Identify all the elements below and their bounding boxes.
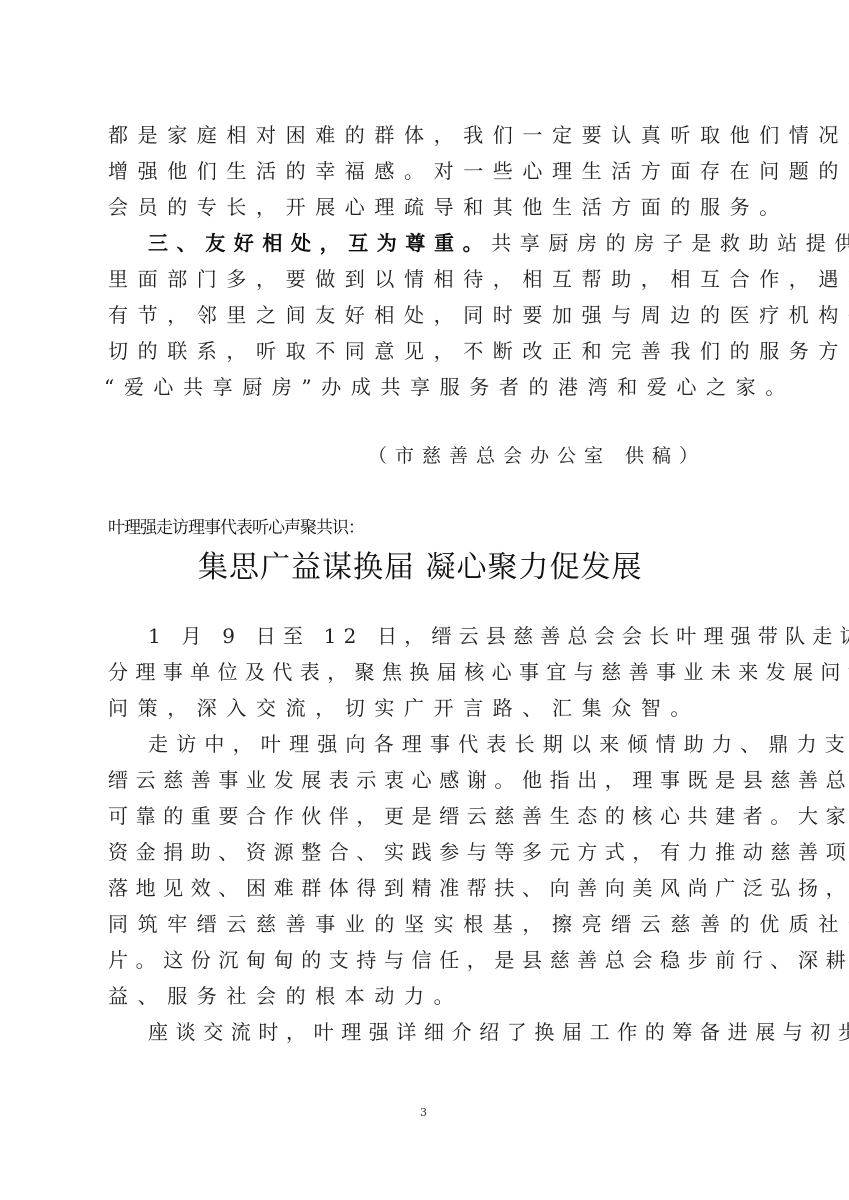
body-line: 1 月 9 日至 12 日，缙云县慈善总会会长叶理强带队走访部 — [148, 624, 788, 648]
document-page: 都是家庭相对困难的群体，我们一定要认真听取他们情况反映， 增强他们生活的幸福感。… — [0, 0, 849, 1200]
body-line: 里面部门多，要做到以情相待，相互帮助，相互合作，遇事有礼 — [108, 267, 748, 291]
body-line: 片。这份沉甸甸的支持与信任，是县慈善总会稳步前行、深耕公 — [108, 948, 748, 972]
body-line: 同筑牢缙云慈善事业的坚实根基，擦亮缙云慈善的优质社会名 — [108, 912, 748, 936]
body-line: 落地见效、困难群体得到精准帮扶、向善向美风尚广泛弘扬，共 — [108, 876, 748, 900]
body-line: 益、服务社会的根本动力。 — [108, 984, 748, 1008]
section-three-first-line: 三、友好相处，互为尊重。共享厨房的房子是救助站提供的， — [148, 231, 788, 255]
article-title: 集思广益谋换届 凝心聚力促发展 — [198, 548, 643, 588]
body-line: 都是家庭相对困难的群体，我们一定要认真听取他们情况反映， — [108, 123, 748, 147]
body-line: 走访中，叶理强向各理事代表长期以来倾情助力、鼎力支持 — [148, 732, 788, 756]
page-number: 3 — [420, 1106, 427, 1119]
body-line: 资金捐助、资源整合、实践参与等多元方式，有力推动慈善项目 — [108, 840, 748, 864]
body-line: 会员的专长，开展心理疏导和其他生活方面的服务。 — [108, 195, 748, 219]
body-line: 缙云慈善事业发展表示衷心感谢。他指出，理事既是县慈善总会 — [108, 768, 748, 792]
body-line: 座谈交流时，叶理强详细介绍了换届工作的筹备进展与初步 — [148, 1020, 788, 1044]
body-line: “爱心共享厨房”办成共享服务者的港湾和爱心之家。 — [104, 375, 744, 399]
article-subtitle: 叶理强走访理事代表听心声聚共识： — [108, 516, 364, 540]
section-heading: 三、友好相处，互为尊重。 — [148, 231, 491, 255]
body-line: 增强他们生活的幸福感。对一些心理生活方面存在问题的，发挥 — [108, 159, 748, 183]
body-line: 可靠的重要合作伙伴，更是缙云慈善生态的核心共建者。大家以 — [108, 804, 748, 828]
body-line: 有节，邻里之间友好相处，同时要加强与周边的医疗机构保持密 — [108, 303, 748, 327]
section-text: 共享厨房的房子是救助站提供的， — [491, 231, 849, 255]
body-line: 问策，深入交流，切实广开言路、汇集众智。 — [108, 696, 748, 720]
body-line: 分理事单位及代表，聚焦换届核心事宜与慈善事业未来发展问需 — [108, 660, 748, 684]
body-line: 切的联系，听取不同意见，不断改正和完善我们的服务方式，把 — [108, 339, 748, 363]
attribution: （市慈善总会办公室 供稿） — [368, 444, 706, 468]
